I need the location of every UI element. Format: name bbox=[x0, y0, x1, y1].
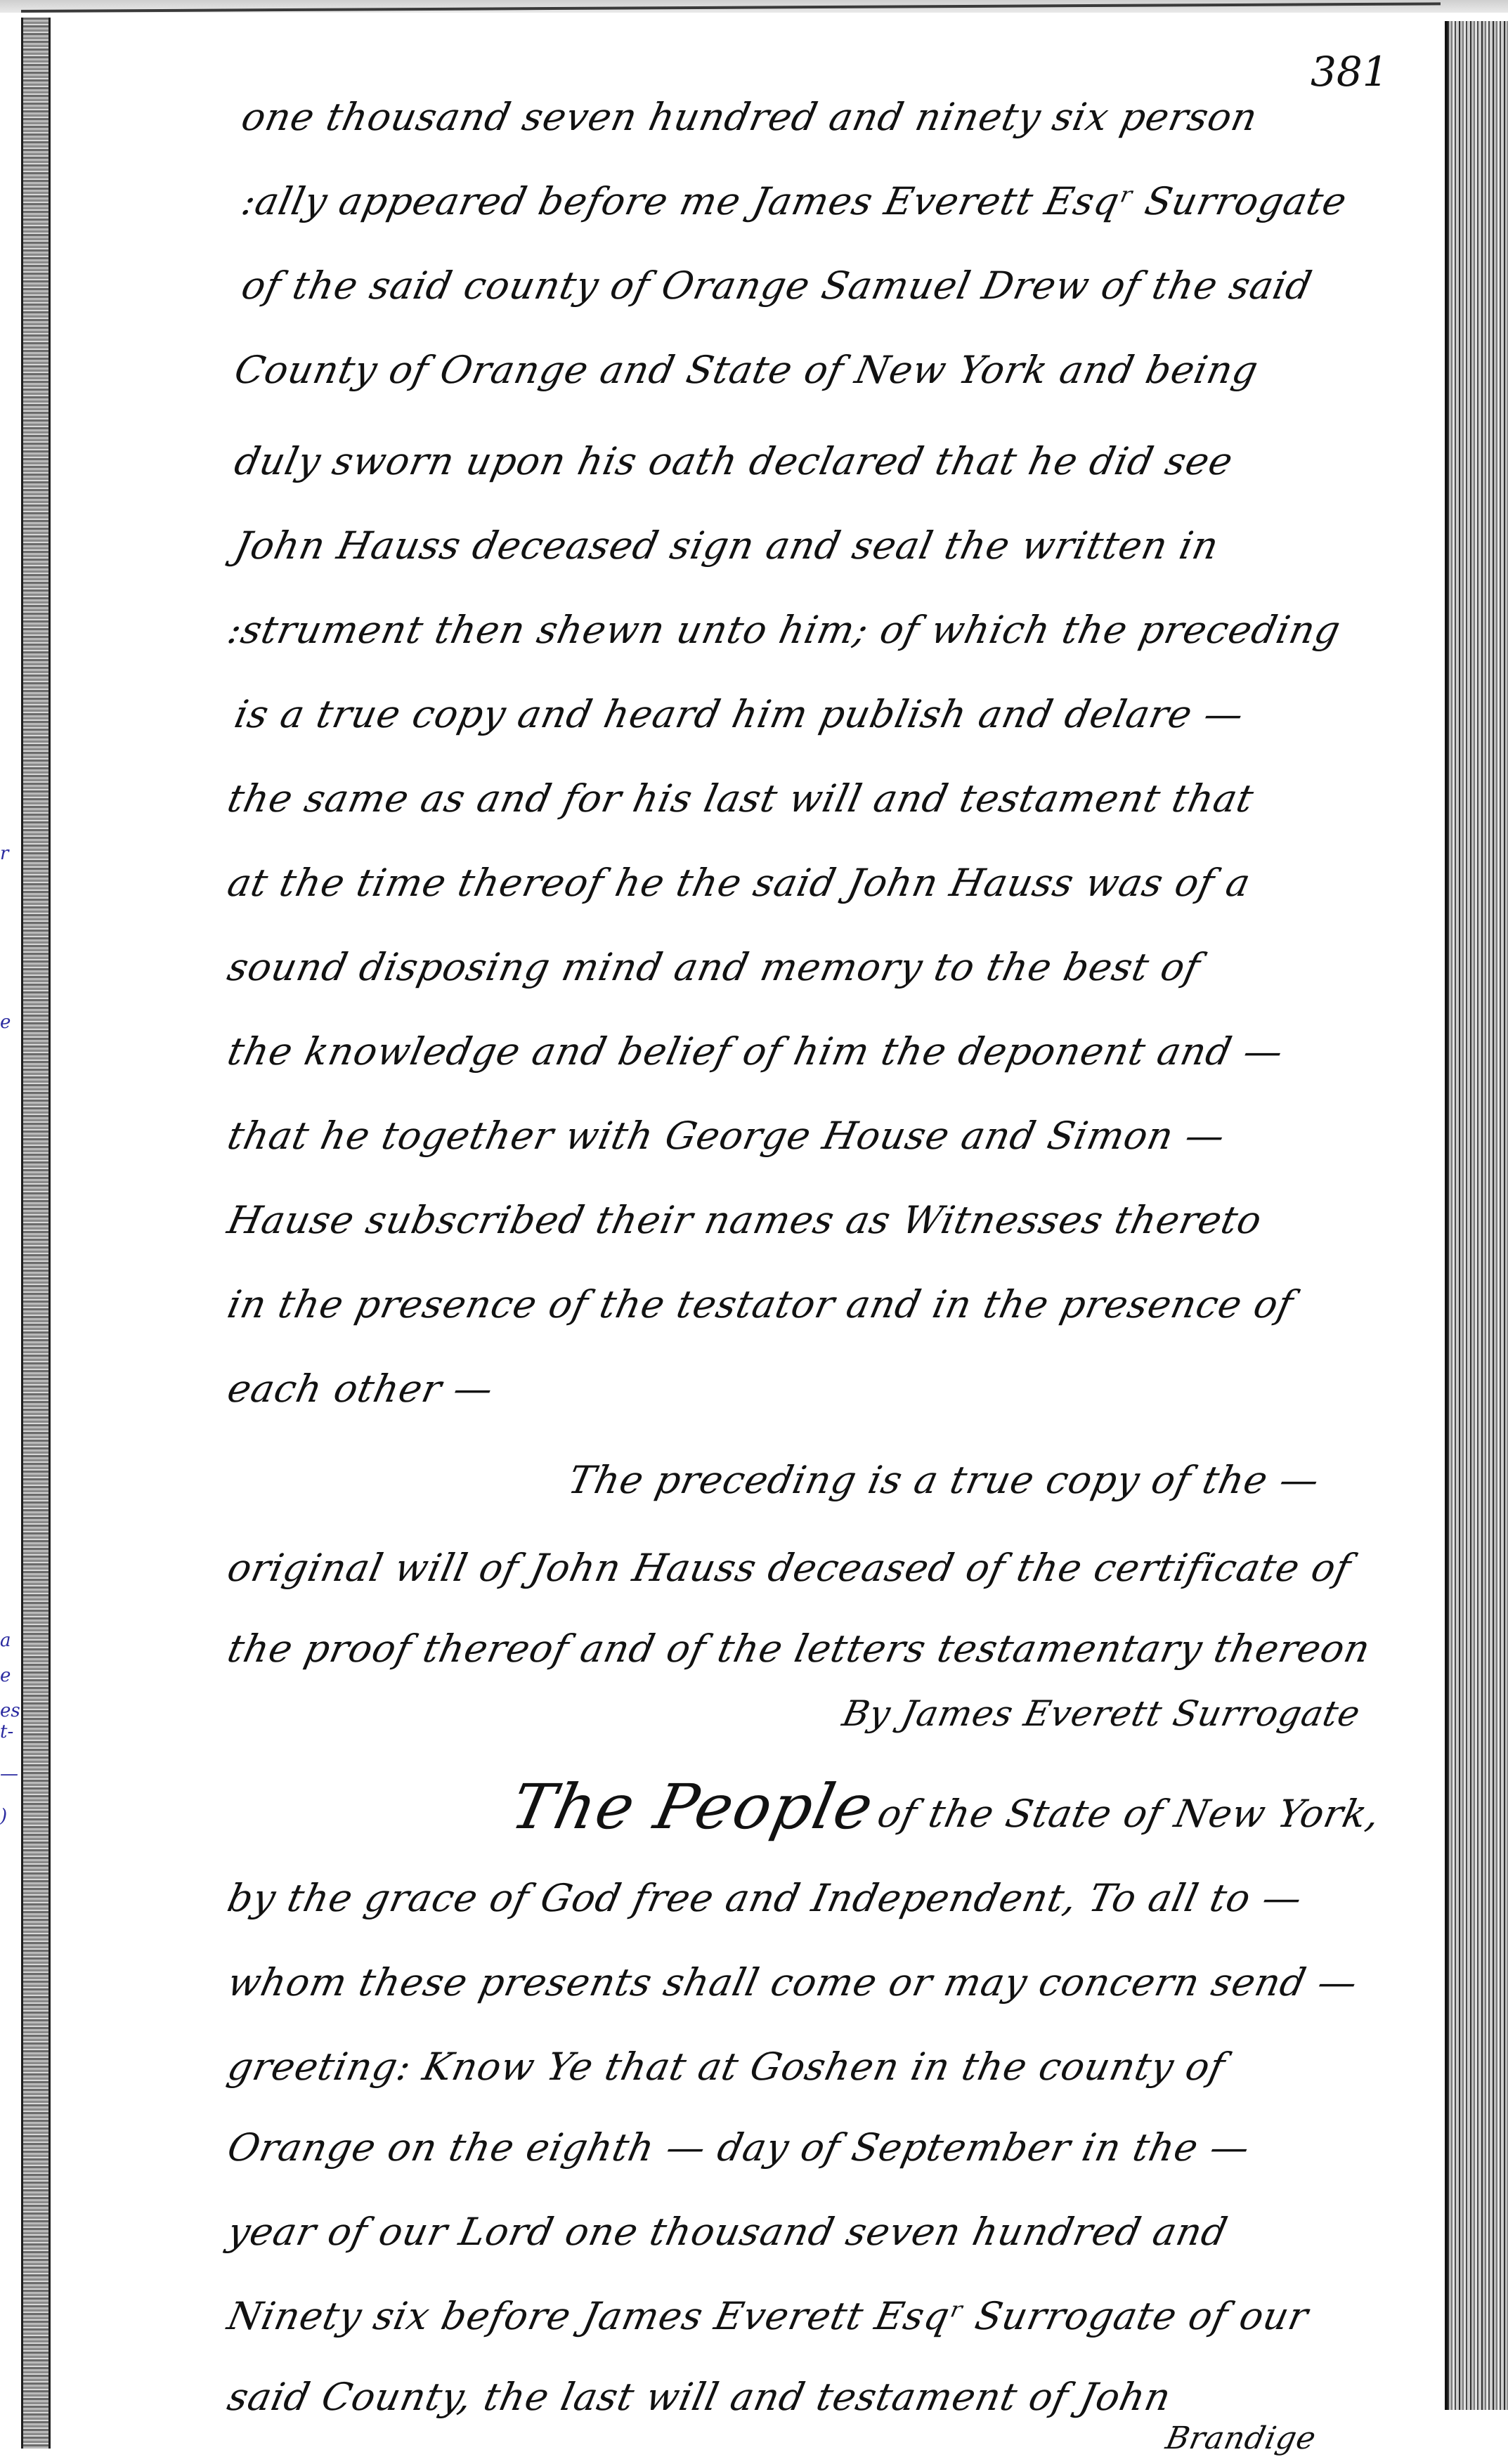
catchword: Brandige bbox=[1163, 2420, 1320, 2456]
text-line: at the time thereof he the said John Hau… bbox=[223, 861, 1254, 905]
text-line: :strument then shewn unto him; of which … bbox=[223, 608, 1344, 652]
text-line: John Hauss deceased sign and seal the wr… bbox=[230, 523, 1223, 568]
margin-fragment: r bbox=[0, 843, 21, 864]
margin-fragment: — bbox=[0, 1764, 21, 1785]
text-line: the same as and for his last will and te… bbox=[223, 776, 1258, 821]
text-line: the knowledge and belief of him the depo… bbox=[223, 1029, 1287, 1074]
text-line: Orange on the eighth — day of September … bbox=[223, 2125, 1254, 2170]
text-line: that he together with George House and S… bbox=[223, 1114, 1229, 1158]
text-line: said County, the last will and testament… bbox=[223, 2375, 1175, 2419]
text-line: each other — bbox=[223, 1367, 498, 1411]
certification-line: The preceding is a true copy of the — bbox=[564, 1458, 1323, 1502]
certification-line: the proof thereof and of the letters tes… bbox=[223, 1627, 1374, 1671]
text-line: in the presence of the testator and in t… bbox=[223, 1282, 1297, 1326]
letters-heading-rest: of the State of New York, bbox=[873, 1792, 1384, 1836]
text-line: of the said county of Orange Samuel Drew… bbox=[238, 263, 1316, 308]
text-line: duly sworn upon his oath declared that h… bbox=[230, 439, 1237, 483]
text-line: one thousand seven hundred and ninety si… bbox=[238, 95, 1261, 139]
right-binding-shadow bbox=[1445, 21, 1508, 2410]
margin-fragment: es bbox=[0, 1700, 21, 1721]
manuscript-page: 381 one thousand seven hundred and ninet… bbox=[49, 21, 1443, 2410]
letters-heading: The People bbox=[505, 1771, 880, 1843]
text-line: greeting: Know Ye that at Goshen in the … bbox=[223, 2045, 1229, 2089]
left-binding-shadow bbox=[21, 18, 51, 2449]
text-line: whom these presents shall come or may co… bbox=[223, 1960, 1362, 2005]
margin-fragment: ) bbox=[0, 1806, 21, 1827]
margin-fragment: e bbox=[0, 1665, 21, 1686]
text-line: County of Orange and State of New York a… bbox=[230, 348, 1262, 392]
text-line: Hause subscribed their names as Witnesse… bbox=[223, 1198, 1266, 1242]
page-number: 381 bbox=[1311, 48, 1389, 96]
margin-fragment: a bbox=[0, 1630, 21, 1651]
text-line: Ninety six before James Everett Esqʳ Sur… bbox=[223, 2294, 1313, 2338]
margin-fragment: e bbox=[0, 1012, 21, 1033]
text-line: is a true copy and heard him publish and… bbox=[230, 692, 1248, 736]
left-facing-page-edge bbox=[0, 13, 18, 2430]
margin-fragment: t- bbox=[0, 1721, 21, 1742]
certification-line: original will of John Hauss deceased of … bbox=[223, 1546, 1355, 1590]
text-line: :ally appeared before me James Everett E… bbox=[238, 179, 1351, 223]
surrogate-signature: By James Everett Surrogate bbox=[839, 1693, 1364, 1734]
text-line: sound disposing mind and memory to the b… bbox=[223, 945, 1204, 989]
text-line: by the grace of God free and Independent… bbox=[223, 1876, 1306, 1920]
text-line: year of our Lord one thousand seven hund… bbox=[223, 2210, 1232, 2254]
